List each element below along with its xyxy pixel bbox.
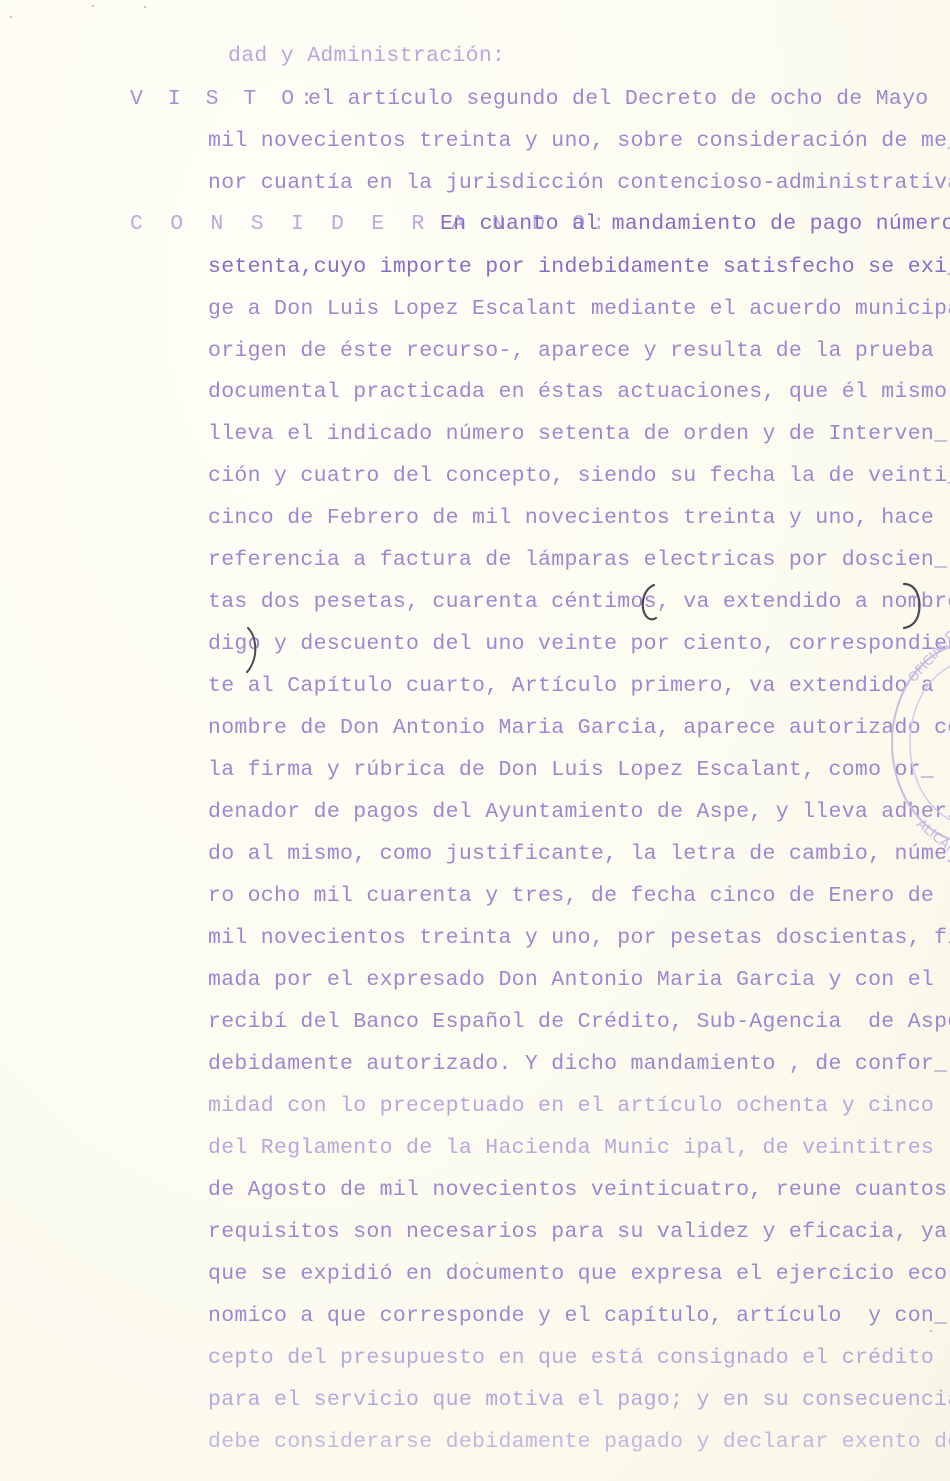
text-line: mil novecientos treinta y uno, por peset… (208, 924, 950, 952)
text-line: mil novecientos treinta y uno, sobre con… (208, 127, 950, 155)
text-line: cepto del presupuesto en que está consig… (208, 1344, 934, 1372)
text-line: origen de éste recurso-, aparece y resul… (208, 337, 934, 365)
text-line: recibí del Banco Español de Crédito, Sub… (208, 1008, 950, 1036)
text-line: do al mismo, como justificante, la letra… (208, 840, 950, 868)
text-line: tas dos pesetas, cuarenta céntimos, va e… (208, 588, 950, 616)
text-line: midad con lo preceptuado en el artículo … (208, 1092, 934, 1120)
paper-speck (144, 6, 146, 8)
text-line: requisitos son necesarios para su valide… (208, 1218, 947, 1246)
paper-speck (930, 1330, 932, 1332)
text-line: debidamente autorizado. Y dicho mandamie… (208, 1050, 947, 1078)
header-fragment: dad y Administración: (228, 42, 505, 70)
text-line: la firma y rúbrica de Don Luis Lopez Esc… (208, 756, 934, 784)
text-line: nomico a que corresponde y el capítulo, … (208, 1302, 947, 1330)
text-line: setenta,cuyo importe por indebidamente s… (208, 253, 950, 281)
text-line: ción y cuatro del concepto, siendo su fe… (208, 462, 950, 490)
text-line: el artículo segundo del Decreto de ocho … (308, 85, 950, 113)
text-line: de Agosto de mil novecientos veinticuatr… (208, 1176, 947, 1204)
text-line: te al Capítulo cuarto, Artículo primero,… (208, 672, 934, 700)
text-line: cinco de Febrero de mil novecientos trei… (208, 504, 934, 532)
text-line: del Reglamento de la Hacienda Munic ipal… (208, 1134, 934, 1162)
text-line: mada por el expresado Don Antonio Maria … (208, 966, 934, 994)
text-line: nor cuantía en la jurisdicción contencio… (208, 169, 950, 197)
text-line: nombre de Don Antonio Maria Garcia, apar… (208, 714, 950, 742)
text-line: lleva el indicado número setenta de orde… (208, 420, 947, 448)
text-line: ro ocho mil cuarenta y tres, de fecha ci… (208, 882, 934, 910)
text-line: ge a Don Luis Lopez Escalant mediante el… (208, 295, 950, 323)
text-line: debe considerarse debidamente pagado y d… (208, 1428, 950, 1456)
text-line: que se expidió en documento que expresa … (208, 1260, 947, 1288)
text-line: En cuanto al mandamiento de pago número (440, 210, 950, 238)
document-page: dad y Administración: V I S T O: el artí… (0, 0, 950, 1481)
visto-heading: V I S T O: (130, 85, 319, 113)
paper-speck (92, 5, 94, 7)
text-line: para el servicio que motiva el pago; y e… (208, 1386, 950, 1414)
text-line: denador de pagos del Ayuntamiento de Asp… (208, 798, 950, 826)
text-line: digo y descuento del uno veinte por cien… (208, 630, 950, 658)
text-line: documental practicada en éstas actuacion… (208, 378, 947, 406)
text-line: referencia a factura de lámparas electri… (208, 546, 947, 574)
paper-speck (10, 16, 12, 18)
